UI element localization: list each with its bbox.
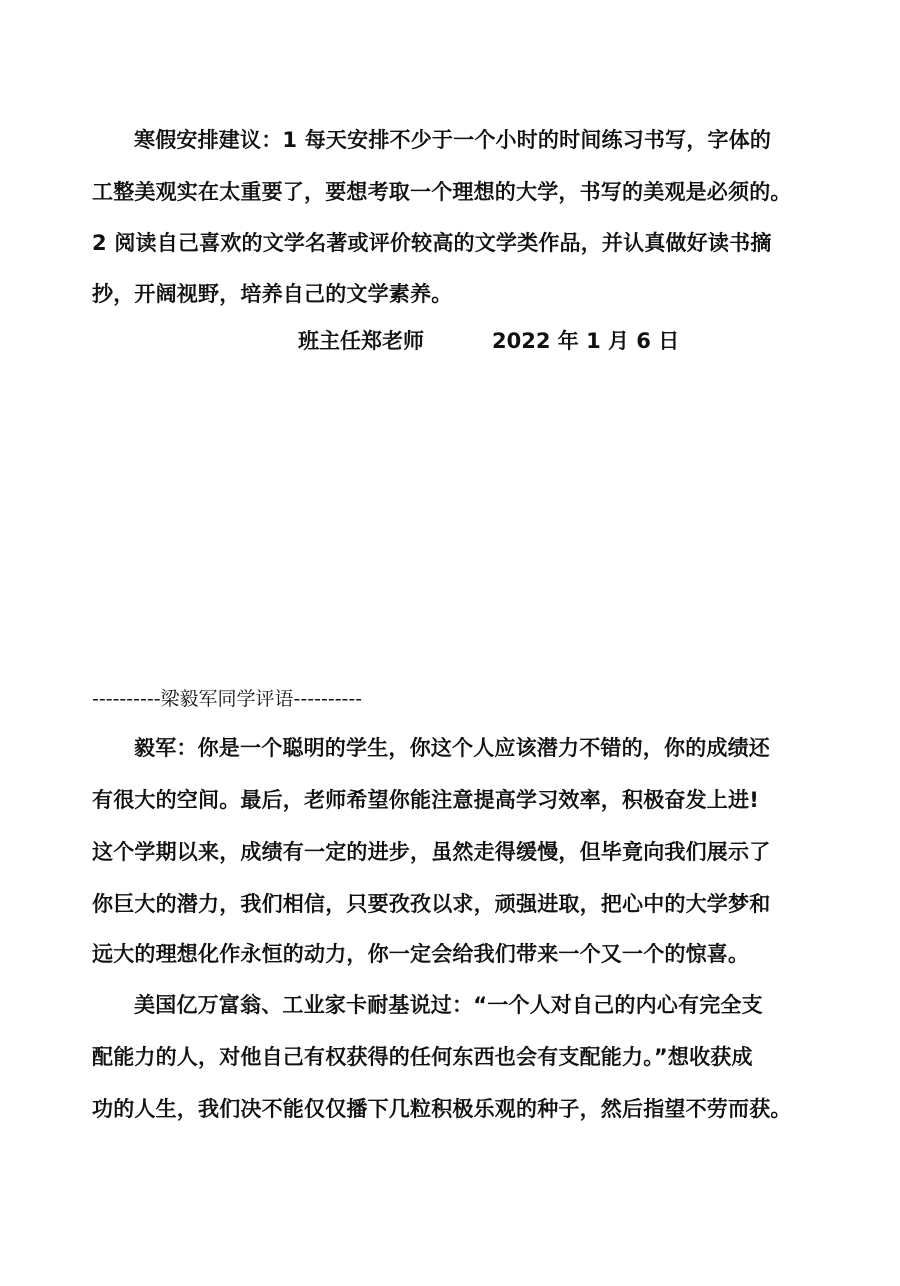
comment-line-3: 这个学期以来，成绩有一定的进步，虽然走得缓慢，但毕竟向我们展示了 (92, 838, 770, 866)
comment-line-2: 有很大的空间。最后，老师希望你能注意提高学习效率，积极奋发上进! (92, 786, 759, 814)
suggestion-line-4: 抄，开阔视野，培养自己的文学素养。 (92, 280, 452, 308)
suggestion-line-2: 工整美观实在太重要了，要想考取一个理想的大学，书写的美观是必须的。 (92, 178, 792, 206)
teacher-signature: 班主任郑老师 (298, 327, 424, 355)
comment-line-1: 毅军：你是一个聪明的学生，你这个人应该潜力不错的，你的成绩还 (134, 734, 770, 762)
quote-line-3: 功的人生，我们决不能仅仅播下几粒积极乐观的种子，然后指望不劳而获。 (92, 1095, 792, 1123)
document-page: 寒假安排建议：1 每天安排不少于一个小时的时间练习书写，字体的 工整美观实在太重… (0, 0, 900, 1286)
comment-line-5: 远大的理想化作永恒的动力，你一定会给我们带来一个又一个的惊喜。 (92, 940, 749, 968)
signature-date: 2022 年 1 月 6 日 (492, 327, 679, 355)
comment-section-title: ----------梁毅军同学评语---------- (92, 686, 362, 712)
quote-line-1: 美国亿万富翁、工业家卡耐基说过：“一个人对自己的内心有完全支 (134, 991, 763, 1019)
suggestion-line-1: 寒假安排建议：1 每天安排不少于一个小时的时间练习书写，字体的 (134, 126, 771, 154)
comment-line-4: 你巨大的潜力，我们相信，只要孜孜以求，顽强进取，把心中的大学梦和 (92, 890, 770, 918)
quote-line-2: 配能力的人，对他自己有权获得的任何东西也会有支配能力。”想收获成 (92, 1043, 753, 1071)
suggestion-line-3: 2 阅读自己喜欢的文学名著或评价较高的文学类作品，并认真做好读书摘 (92, 229, 772, 257)
